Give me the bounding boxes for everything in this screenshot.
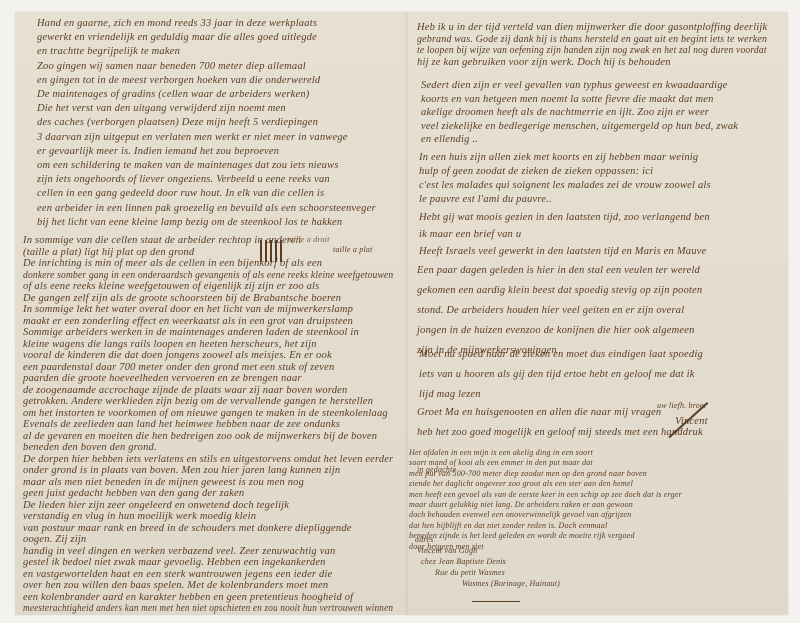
handwritten-line: le pauvre est l'ami du pauvre..	[419, 194, 552, 205]
handwritten-line: De gangen zelf zijn als de groote schoor…	[23, 293, 341, 304]
handwritten-line: er gevaarlijk meer is. Indien iemand het…	[37, 146, 279, 157]
handwritten-line: een paardenstal daar 700 meter onder den…	[23, 362, 334, 373]
handwritten-line: lijd mag lezen	[419, 389, 481, 400]
handwritten-line: beneden zijnde is het leed geleden en wo…	[409, 531, 635, 540]
handwritten-line: geen juist gedacht hebben van den gang d…	[23, 488, 244, 499]
handwritten-line: ik maar een brief van u	[419, 229, 521, 240]
handwritten-line: van postuur maar rank en breed in de sch…	[23, 523, 352, 534]
handwritten-line: beneden den boven den grond.	[23, 442, 157, 453]
handwritten-line: vooral de kinderen die dat doen jongens …	[23, 350, 332, 361]
handwritten-line: gewerkt en vriendelijk en geduldig maar …	[37, 32, 317, 43]
handwritten-line: Groet Ma en huisgenooten en allen die na…	[417, 407, 661, 418]
handwritten-line: en vastgewortelden haat en een sterk wan…	[23, 569, 332, 580]
handwritten-line: Hebt gij wat moois gezien in den laatste…	[419, 212, 710, 223]
handwritten-line: of als eene reeks kleine weefgetouwen of…	[23, 281, 319, 292]
handwritten-line: Heeft Israels veel gewerkt in den laatst…	[419, 246, 706, 257]
address-line: Rue du petit Wasmes	[435, 568, 505, 577]
handwritten-line: ziende het daglicht ongeveer zoo groot a…	[409, 479, 633, 488]
handwritten-line: gebrand was. Gode zij dank hij is thans …	[417, 34, 767, 45]
handwritten-line: Heb ik u in der tijd verteld van dien mi…	[417, 22, 767, 33]
handwritten-line: De maintenages of gradins (cellen waar d…	[37, 89, 310, 100]
handwritten-line: (taille a plat) ligt hij plat op den gro…	[23, 247, 194, 258]
handwritten-line: gekomen een aardig klein beest dat spoed…	[417, 285, 702, 296]
handwritten-line: Hand en gaarne, zich en mond reeds 33 ja…	[37, 18, 317, 29]
right-page: Heb ik u in der tijd verteld van dien mi…	[407, 12, 788, 615]
handwritten-line: en ellendig ..	[421, 134, 478, 145]
handwritten-line: donkere somber gang in een onderaardsch …	[23, 270, 393, 281]
handwritten-line: getrokken. Andere werklieden zijn bezig …	[23, 396, 373, 407]
handwritten-line: Zoo gingen wij samen naar beneden 700 me…	[37, 61, 306, 72]
handwritten-line: cellen in een gang gedeeld door ruw hout…	[37, 188, 324, 199]
handwritten-line: Sedert dien zijn er veel gevallen van ty…	[421, 80, 728, 91]
handwritten-line: iets van u hooren als gij den tijd ertoe…	[419, 369, 695, 380]
handwritten-line: Het afdalen in een mijn is een akelig di…	[409, 448, 593, 457]
handwritten-line: paarden die groote hoeveelheden vervoere…	[23, 373, 302, 384]
handwritten-line: doch behouden evenwel een onoverwinnelij…	[409, 510, 631, 519]
handwritten-line: hij ze kan gebruiken voor zijn werk. Doc…	[417, 57, 671, 68]
handwritten-line: maar duurt gelukkig niet lang. De arbeid…	[409, 500, 633, 509]
handwritten-line: 3 daarvan zijn uitgeput en verlaten men …	[37, 132, 348, 143]
handwritten-line: maar als men niet beneden in de mijnen g…	[23, 477, 304, 488]
handwritten-line: verstandig en vlug in hun moeilijk werk …	[23, 511, 256, 522]
handwritten-line: de zoogenaamde accrochage zijnde de plaa…	[23, 385, 347, 396]
handwritten-line: In een huis zijn allen ziek met koorts e…	[419, 152, 698, 163]
handwritten-line: akelige droomen heeft als de nachtmerrie…	[421, 107, 709, 118]
handwritten-line: en gingen tot in de meest verborgen hoek…	[37, 75, 320, 86]
handwritten-line: Een paar dagen geleden is hier in den st…	[417, 265, 700, 276]
handwritten-line: gestel ik bedoel niet zwak maar gevoelig…	[23, 557, 326, 568]
handwritten-line: men put van 500-700 meter diep zoodat me…	[409, 469, 647, 478]
handwritten-line: De lieden hier zijn zeer ongeleerd en on…	[23, 500, 289, 511]
handwritten-line: om een schildering te maken van de maint…	[37, 160, 339, 171]
handwritten-line: De dorpen hier hebben iets verlatens en …	[23, 454, 393, 465]
handwritten-line: te loopen bij wijze van oefening zijn ha…	[417, 45, 767, 56]
handwritten-line: kleine wagens die langs rails loopen en …	[23, 339, 317, 350]
handwritten-line: koorts en van hetgeen men noemt la sotte…	[421, 94, 714, 105]
handwritten-line: oogen. Zij zijn	[23, 534, 86, 545]
handwritten-line: stond. De arbeiders houden hier veel gei…	[417, 305, 684, 316]
handwritten-line: Die het verst van den uitgang verwijderd…	[37, 103, 286, 114]
handwritten-line: bij het licht van eene kleine lamp bezig…	[37, 217, 342, 228]
handwritten-line: een kolenbrander aard en karakter hebben…	[23, 592, 353, 603]
handwritten-line: dat hen bijblijft en dat niet zonder red…	[409, 521, 607, 530]
handwritten-line: over hen zou willen den baas spelen. Met…	[23, 580, 328, 591]
handwritten-line: en trachtte begrijpelijk te maken	[37, 46, 180, 57]
handwritten-line: soort mand of kooi als een emmer in den …	[409, 458, 593, 467]
handwritten-line: meesterachtigheid anders kan men met hen…	[23, 603, 393, 614]
handwritten-line: des caches (verborgen plaatsen) Deze mij…	[37, 117, 318, 128]
handwritten-line: men heeft een gevoel als van de eerste k…	[409, 490, 682, 499]
left-page: Hand en gaarne, zich en mond reeds 33 ja…	[15, 12, 407, 615]
handwritten-line: veel ziekelijke en bedlegerige menschen,…	[421, 121, 738, 132]
handwritten-line: c'est les malades qui soignent les malad…	[419, 180, 711, 191]
handwritten-line: heb het zoo goed mogelijk en geloof mij …	[417, 427, 703, 438]
mining-cells-sketch	[260, 240, 288, 266]
handwritten-line: maakt er een zonderling effect en weerka…	[23, 316, 353, 327]
letter-sheet: Hand en gaarne, zich en mond reeds 33 ja…	[15, 12, 788, 615]
handwritten-line: al de gevaren en moeiten die hen bedreig…	[23, 431, 377, 442]
handwritten-line: Sommige arbeiders werken in de maintenag…	[23, 327, 359, 338]
handwritten-line: om het instorten te voorkomen of om nieu…	[23, 408, 388, 419]
handwritten-line: Moet nu spoed naar de zieken en moet dus…	[419, 349, 703, 360]
handwritten-line: zijn iets ongehoords of liever ongeziens…	[37, 174, 330, 185]
handwritten-line: In sommige lekt het water overal door en…	[23, 304, 353, 315]
handwritten-line: Evenals de zeelieden aan land het heimwe…	[23, 419, 340, 430]
sketch-label-taille-plat: taille a plat	[333, 245, 373, 254]
address-line: chez Jean Baptiste Denis	[421, 557, 506, 566]
handwritten-line: onder grond is in plaats van boven. Men …	[23, 465, 340, 476]
address-line: Vincent van Gogh	[417, 546, 477, 555]
sketch-label-taille-droit: taille a droit	[287, 235, 330, 244]
address-line: Wasmes (Borinage, Hainaut)	[462, 579, 560, 588]
handwritten-line: een arbeider in een linnen pak groezelig…	[37, 203, 376, 214]
handwritten-line: handig in veel dingen en werken verbazen…	[23, 546, 335, 557]
address-label: adres	[415, 535, 433, 544]
handwritten-line: hulp of geen zoodat de zieken de zieken …	[419, 166, 653, 177]
handwritten-line: jongen in de huizen evenzoo de konijnen …	[417, 325, 695, 336]
address-underline	[472, 601, 520, 602]
